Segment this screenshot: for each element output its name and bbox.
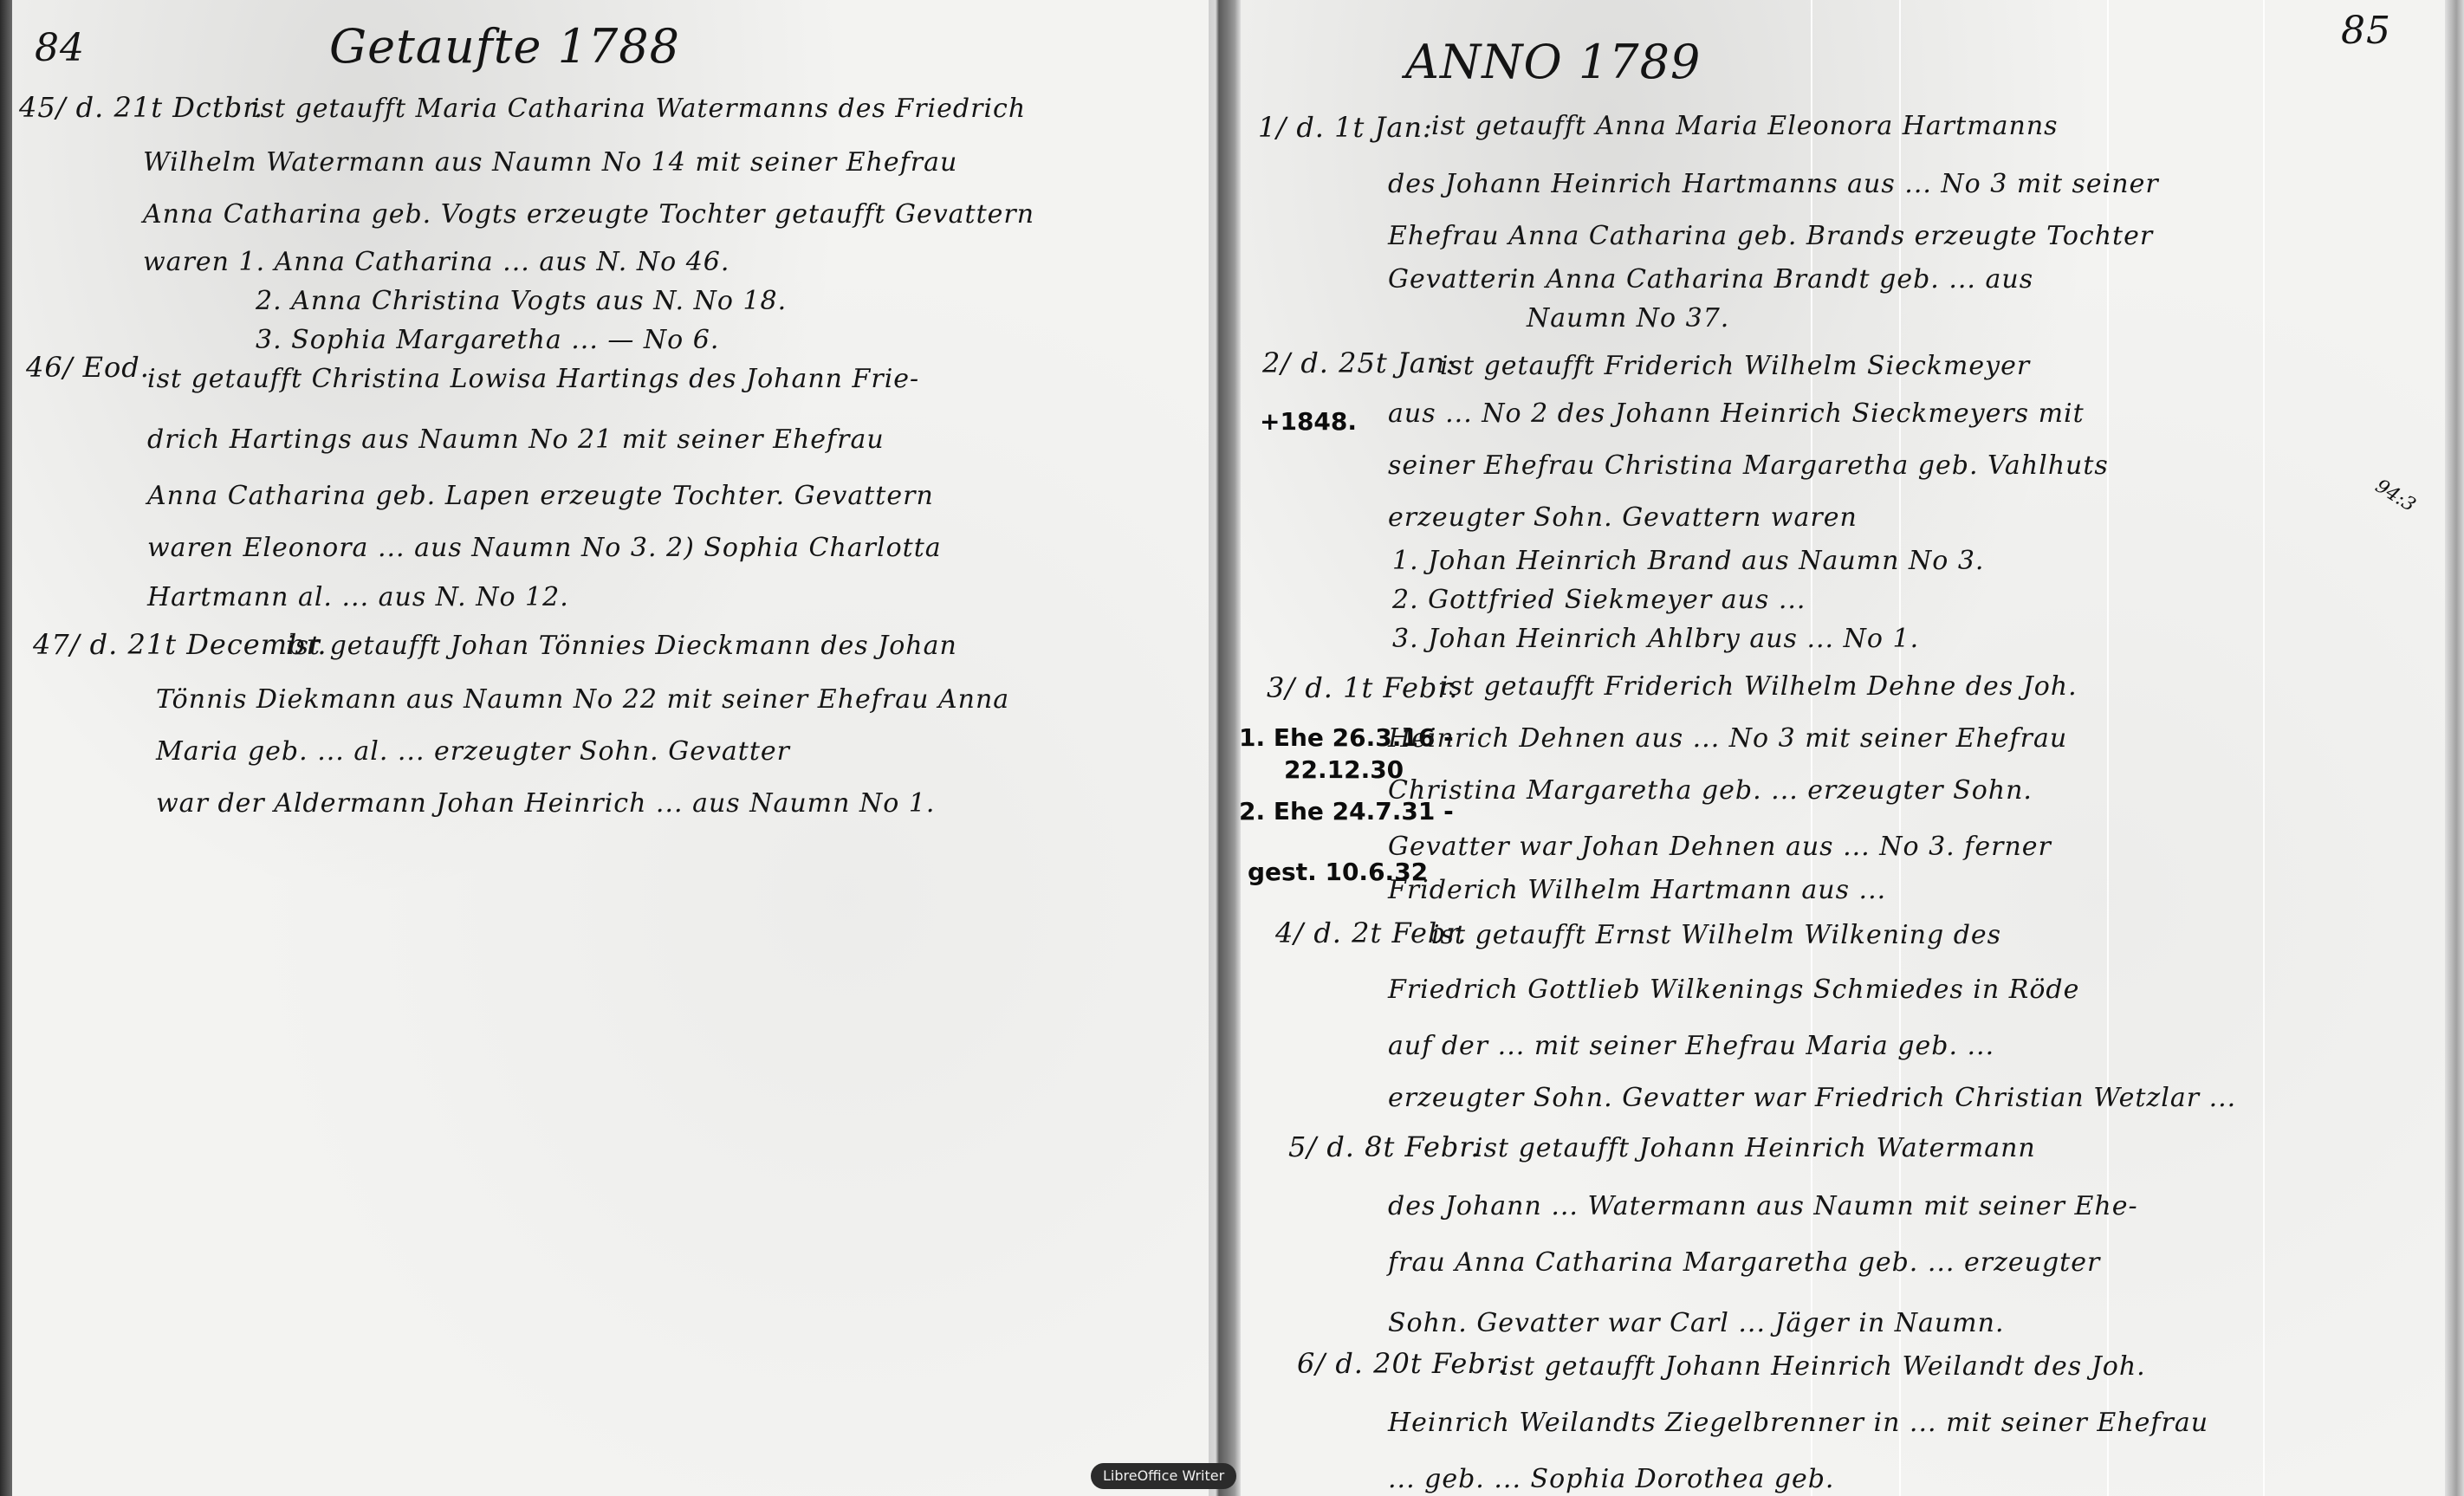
entry-line: des Johann ... Watermann aus Naumn mit s… bbox=[1388, 1191, 2138, 1221]
entry-line: Christina Margaretha geb. ... erzeugter … bbox=[1388, 775, 2033, 806]
page-heading-left: Getaufte 1788 bbox=[329, 19, 680, 74]
entry-line: auf der ... mit seiner Ehefrau Maria geb… bbox=[1388, 1031, 1994, 1061]
entry-line: Heinrich Dehnen aus ... No 3 mit seiner … bbox=[1388, 723, 2067, 754]
entry-number: 5/ d. 8t Febr. bbox=[1288, 1130, 1480, 1163]
scan-artifact-line bbox=[2263, 0, 2265, 1496]
entry-number: 46/ Eod. bbox=[26, 351, 150, 384]
book-edge-left bbox=[0, 0, 12, 1496]
entry-line: Tönnis Diekmann aus Naumn No 22 mit sein… bbox=[156, 684, 1009, 715]
entry-number: 3/ d. 1t Febr. bbox=[1267, 671, 1458, 704]
entry-line: Naumn No 37. bbox=[1527, 303, 1729, 334]
entry-line: Friderich Wilhelm Hartmann aus ... bbox=[1388, 875, 1886, 905]
marriage-note-1-end: 22.12.30 bbox=[1284, 755, 1404, 784]
entry-line: waren Eleonora ... aus Naumn No 3. 2) So… bbox=[147, 533, 942, 563]
entry-line: erzeugter Sohn. Gevatter war Friedrich C… bbox=[1388, 1083, 2236, 1113]
entry-line: ist getaufft Maria Catharina Watermanns … bbox=[251, 94, 1026, 124]
entry-line: ist getaufft Johann Heinrich Watermann bbox=[1475, 1133, 2036, 1163]
page-heading-right: ANNO 1789 bbox=[1405, 35, 1701, 89]
entry-line: ist getaufft Anna Maria Eleonora Hartman… bbox=[1431, 111, 2059, 141]
entry-number: 1/ d. 1t Jan: bbox=[1258, 111, 1433, 144]
entry-line: ist getaufft Ernst Wilhelm Wilkening des bbox=[1431, 920, 2001, 950]
entry-line: waren 1. Anna Catharina ... aus N. No 46… bbox=[143, 247, 729, 277]
entry-line: Anna Catharina geb. Lapen erzeugte Tocht… bbox=[147, 481, 934, 511]
entry-line: Hartmann al. ... aus N. No 12. bbox=[147, 582, 569, 612]
left-page: 84 Getaufte 1788 45/ d. 21t Dctbr. ist g… bbox=[0, 0, 1209, 1496]
entry-line: Friedrich Gottlieb Wilkenings Schmiedes … bbox=[1388, 975, 2079, 1005]
entry-line: 2. Gottfried Siekmeyer aus ... bbox=[1392, 585, 1806, 615]
entry-line: ... geb. ... Sophia Dorothea geb. bbox=[1388, 1464, 1834, 1494]
death-note: +1848. bbox=[1260, 407, 1357, 436]
entry-line: ist getaufft Friderich Wilhelm Sieckmeye… bbox=[1440, 351, 2030, 381]
entry-line: ist getaufft Christina Lowisa Hartings d… bbox=[147, 364, 919, 394]
entry-line: 2. Anna Christina Vogts aus N. No 18. bbox=[256, 286, 787, 316]
entry-line: aus ... No 2 des Johann Heinrich Sieckme… bbox=[1388, 398, 2085, 429]
entry-number: 2/ d. 25t Jan: bbox=[1262, 346, 1456, 379]
entry-line: des Johann Heinrich Hartmanns aus ... No… bbox=[1388, 169, 2159, 199]
entry-line: 3. Johan Heinrich Ahlbry aus ... No 1. bbox=[1392, 624, 1919, 654]
book-gutter bbox=[1209, 0, 1241, 1496]
entry-line: Sohn. Gevatter war Carl ... Jäger in Nau… bbox=[1388, 1308, 2004, 1338]
entry-line: erzeugter Sohn. Gevattern waren bbox=[1388, 502, 1858, 533]
page-number-right: 85 bbox=[2341, 9, 2391, 53]
app-tooltip: LibreOffice Writer bbox=[1091, 1463, 1236, 1489]
entry-line: Ehefrau Anna Catharina geb. Brands erzeu… bbox=[1388, 221, 2153, 251]
entry-line: war der Aldermann Johan Heinrich ... aus… bbox=[156, 788, 935, 819]
scanned-register-spread: 84 Getaufte 1788 45/ d. 21t Dctbr. ist g… bbox=[0, 0, 2464, 1496]
entry-line: ist getaufft Johan Tönnies Dieckmann des… bbox=[286, 631, 957, 661]
entry-line: Gevatterin Anna Catharina Brandt geb. ..… bbox=[1388, 264, 2033, 295]
entry-line: 1. Johan Heinrich Brand aus Naumn No 3. bbox=[1392, 546, 1984, 576]
entry-line: drich Hartings aus Naumn No 21 mit seine… bbox=[147, 424, 885, 455]
margin-annotation: 94:3 bbox=[2371, 476, 2419, 516]
entry-line: Maria geb. ... al. ... erzeugter Sohn. G… bbox=[156, 736, 790, 767]
entry-line: ist getaufft Friderich Wilhelm Dehne des… bbox=[1440, 671, 2078, 702]
entry-line: seiner Ehefrau Christina Margaretha geb.… bbox=[1388, 450, 2109, 481]
entry-line: 3. Sophia Margaretha ... — No 6. bbox=[256, 325, 719, 355]
entry-line: frau Anna Catharina Margaretha geb. ... … bbox=[1388, 1247, 2100, 1278]
book-edge-right bbox=[2445, 0, 2464, 1496]
entry-line: Wilhelm Watermann aus Naumn No 14 mit se… bbox=[143, 147, 957, 178]
entry-line: Heinrich Weilandts Ziegelbrenner in ... … bbox=[1388, 1408, 2208, 1438]
entry-number: 47/ d. 21t Decembr. bbox=[33, 628, 327, 661]
entry-line: Anna Catharina geb. Vogts erzeugte Tocht… bbox=[143, 199, 1034, 230]
right-page: 85 ANNO 1789 1/ d. 1t Jan: ist getaufft … bbox=[1241, 0, 2464, 1496]
entry-number: 6/ d. 20t Febr. bbox=[1297, 1347, 1508, 1380]
entry-number: 45/ d. 21t Dctbr. bbox=[19, 91, 263, 124]
page-number-left: 84 bbox=[35, 26, 85, 70]
entry-line: Gevatter war Johan Dehnen aus ... No 3. … bbox=[1388, 832, 2052, 862]
entry-line: ist getaufft Johann Heinrich Weilandt de… bbox=[1501, 1351, 2146, 1382]
